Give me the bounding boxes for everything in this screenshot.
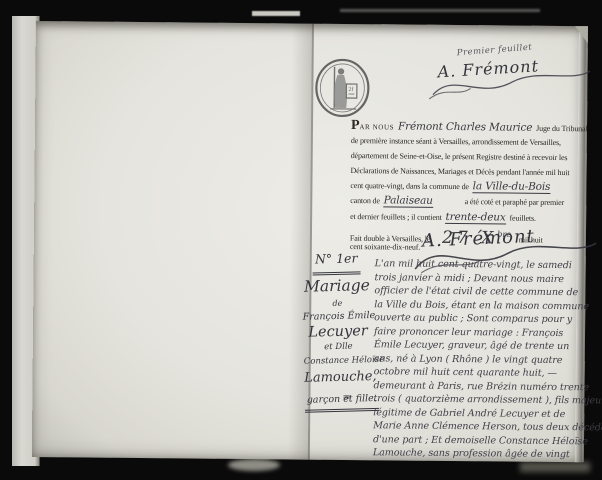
canton-name-handwritten: Palaiseau — [384, 195, 433, 208]
revenue-stamp-icon: 2f — [313, 58, 372, 119]
folio-count-handwritten: trente-deux — [445, 211, 505, 225]
commune-name-handwritten: la Ville-du-Bois — [473, 181, 551, 195]
register-page: 2f Premier feuillet A. Frémont PAR NOUS … — [32, 21, 588, 462]
act-line: Émile Lecuyer, graveur, âgé de trente un — [374, 338, 586, 354]
groom-surname: Lecuyer — [303, 323, 373, 343]
bride-surname: Lamouche, — [304, 369, 374, 390]
folio-note: Premier feuillet — [456, 42, 532, 58]
act-line: Marie Anne Clémence Herson, tous deux dé… — [373, 419, 585, 435]
act-number: N° 1er — [312, 250, 361, 275]
act-body: L'an mil huit cent quatre-vingt, le same… — [373, 257, 587, 462]
act-margin-title: N° 1er Mariage de François Émile Lecuyer… — [301, 249, 375, 413]
act-line: octobre mil huit cent quarante huit, — — [374, 365, 586, 381]
scan-streak — [252, 11, 300, 16]
act-line: officier de l'état civil de cette commun… — [374, 284, 586, 300]
svg-text:2f: 2f — [348, 86, 353, 93]
scan-streak — [340, 9, 540, 12]
act-line: trois ( quatorzième arrondissement ), fi… — [373, 392, 585, 408]
corner-fold — [575, 26, 588, 43]
scanned-register-photo: { "colors": { "background": "#0a0a0a", "… — [0, 0, 602, 480]
signature-top: A. Frémont — [437, 56, 540, 82]
scan-smudge — [228, 459, 280, 471]
judge-name-handwritten: Frémont Charles Maurice — [398, 120, 532, 133]
act-line: ouverte au public ; Sont comparus pour y — [374, 311, 586, 327]
act-line: Lamouche, sans profession âgée de vingt — [373, 446, 585, 462]
act-type: Mariage — [302, 276, 373, 300]
scan-smudge — [520, 462, 590, 472]
act-line: L'an mil huit cent quatre-vingt, le same… — [375, 257, 587, 273]
signature-main: A. Frémont — [422, 226, 536, 252]
preamble-line: canton de Palaiseau a été coté et paraph… — [350, 193, 590, 210]
reference-mark: = — [342, 392, 350, 403]
